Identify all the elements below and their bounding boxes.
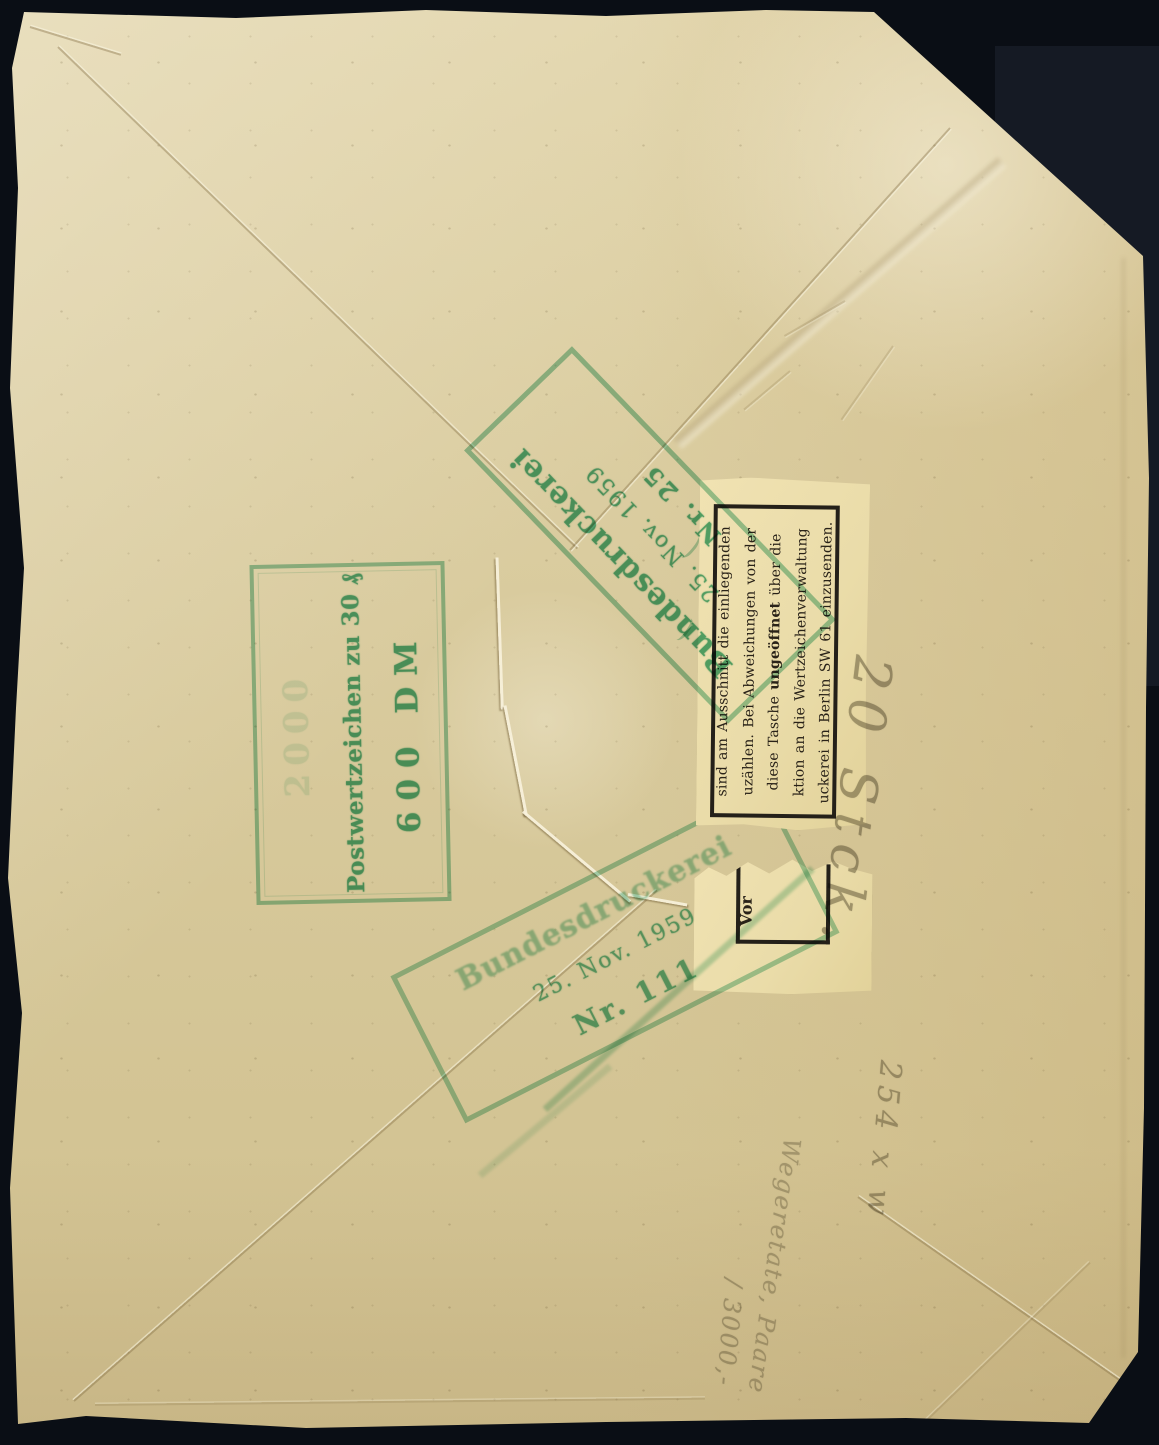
edge-shadow [1122, 258, 1125, 1358]
stamp-denomination-text: Postwertzeichen zu 30 ₰ [336, 573, 370, 894]
scanned-envelope-photo: 2000 Postwertzeichen zu 30 ₰ 600 DM Bund… [0, 0, 1159, 1445]
envelope-back [6, 8, 1152, 1432]
value-box-stamp: 2000 Postwertzeichen zu 30 ₰ 600 DM [249, 561, 451, 905]
label-line: ktion an die Wertzeichenverwaltung [792, 513, 810, 811]
paper-speckles [6, 8, 1152, 1432]
stamp-total-text: 600 DM [387, 630, 427, 833]
label-line-part: diese Tasche [765, 689, 782, 790]
stamp-quantity-text: 2000 [275, 670, 318, 797]
